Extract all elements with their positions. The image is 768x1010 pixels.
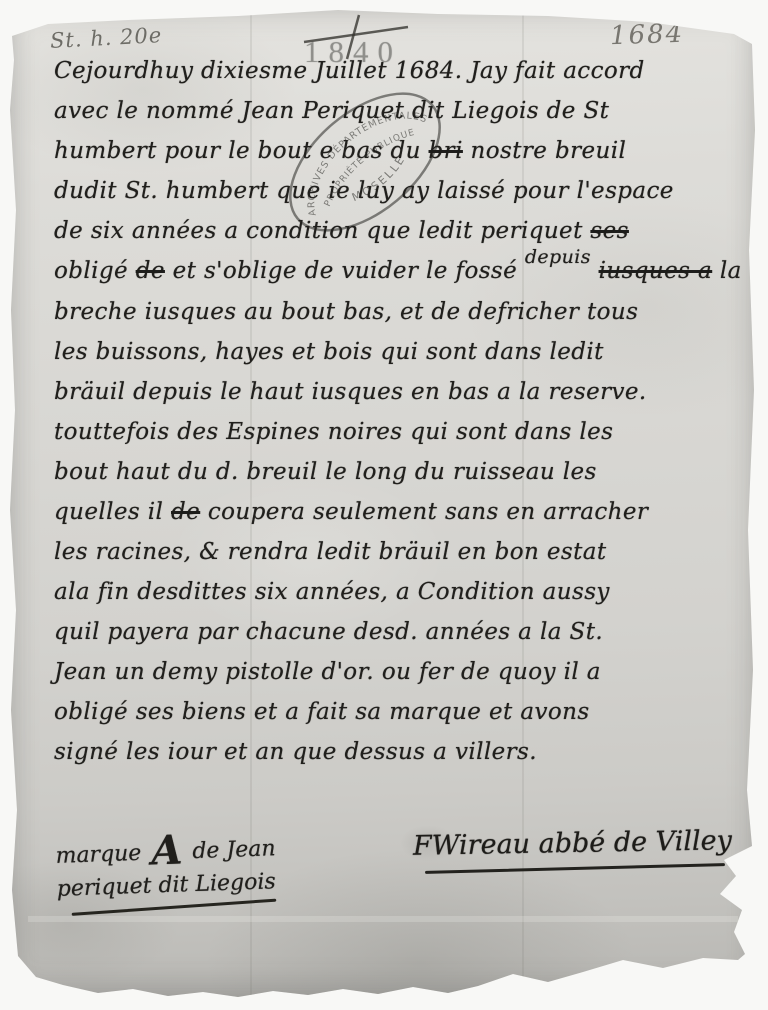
handwritten-text: obligé <box>54 258 136 284</box>
manuscript-page: St. h. 20e 1840 1684 ARCHIVES DÉPARTEMEN… <box>8 10 758 1002</box>
abbot-signature: FWireau abbé de Villey <box>413 825 732 862</box>
year-annotation: 1684 <box>609 19 684 52</box>
struck-word: ses <box>590 218 628 244</box>
manuscript-line: obligé ses biens et a fait sa marque et … <box>54 701 730 724</box>
handwritten-text <box>591 258 599 284</box>
manuscript-body: Cejourdhuy dixiesme Juillet 1684. Jay fa… <box>54 60 730 781</box>
handwritten-text: avec le nommé Jean Periquet dit Liegois … <box>54 98 609 124</box>
manuscript-line: bout haut du d. breuil le long du ruisse… <box>54 461 730 484</box>
periquet-mark-glyph: A <box>150 826 183 874</box>
handwritten-text: breche iusques au bout bas, et de defric… <box>54 299 638 325</box>
handwritten-text: signé les iour et an que dessus a viller… <box>54 739 537 765</box>
struck-word: iusques a <box>599 258 713 284</box>
handwritten-text: la <box>712 258 742 284</box>
manuscript-line: les buissons, hayes et bois qui sont dan… <box>54 341 730 364</box>
signature-block: marqueAde Jean periquet dit Liegois FWir… <box>56 822 732 909</box>
manuscript-line: dudit St. humbert que ie luy ay laissé p… <box>54 180 730 203</box>
manuscript-line: Cejourdhuy dixiesme Juillet 1684. Jay fa… <box>54 60 730 83</box>
manuscript-line: signé les iour et an que dessus a viller… <box>54 741 730 764</box>
handwritten-text: bräuil depuis le haut iusques en bas a l… <box>54 379 647 405</box>
handwritten-text: les buissons, hayes et bois qui sont dan… <box>54 339 604 365</box>
manuscript-line: breche iusques au bout bas, et de defric… <box>54 301 730 324</box>
struck-word: de <box>171 499 200 525</box>
handwritten-text: les racines, & rendra ledit bräuil en bo… <box>54 539 607 565</box>
periquet-mark-block: marqueAde Jean periquet dit Liegois <box>55 818 278 912</box>
marque-line2: periquet dit Liegois <box>56 869 277 902</box>
manuscript-line: les racines, & rendra ledit bräuil en bo… <box>54 541 730 564</box>
marque-underline-flourish <box>72 899 277 916</box>
manuscript-line: bräuil depuis le haut iusques en bas a l… <box>54 381 730 404</box>
handwritten-text: et s'oblige de vuider le fossé <box>165 258 525 284</box>
archivist-cote-annotation: St. h. 20e <box>49 23 162 53</box>
manuscript-line: humbert pour le bout e bas du bri nostre… <box>54 140 730 163</box>
handwritten-text: ala fin desdittes six années, a Conditio… <box>54 579 610 605</box>
manuscript-line: avec le nommé Jean Periquet dit Liegois … <box>54 100 730 123</box>
marque-line1: marqueAde Jean <box>55 818 277 873</box>
handwritten-text: dudit St. humbert que ie luy ay laissé p… <box>54 178 674 204</box>
struck-word: bri <box>429 138 463 164</box>
manuscript-line: de six années a condition que ledit peri… <box>54 220 730 243</box>
signature-underline-flourish <box>425 863 725 874</box>
handwritten-text: touttefois des Espines noires qui sont d… <box>54 419 613 445</box>
inserted-word: depuis <box>525 246 591 268</box>
manuscript-line: quil payera par chacune desd. années a l… <box>54 621 730 644</box>
handwritten-text: de six années a condition que ledit peri… <box>54 218 590 244</box>
struck-word: de <box>136 258 165 284</box>
handwritten-text: quil payera par chacune desd. années a l… <box>54 619 603 645</box>
horizontal-fold-crease <box>28 916 738 922</box>
handwritten-text: bout haut du d. breuil le long du ruisse… <box>54 459 597 485</box>
handwritten-text: coupera seulement sans en arracher <box>200 499 648 525</box>
handwritten-text: Cejourdhuy dixiesme Juillet 1684. Jay fa… <box>54 58 645 84</box>
marque-word: marque <box>55 841 142 869</box>
handwritten-text: nostre breuil <box>463 138 626 164</box>
manuscript-line: obligé de et s'oblige de vuider le fossé… <box>54 260 730 284</box>
handwritten-text: humbert pour le bout e bas du <box>54 138 429 164</box>
handwritten-text: obligé ses biens et a fait sa marque et … <box>54 699 590 725</box>
marque-de-jean: de Jean <box>192 836 276 864</box>
manuscript-line: touttefois des Espines noires qui sont d… <box>54 421 730 444</box>
handwritten-text: Jean un demy pistolle d'or. ou fer de qu… <box>54 659 601 685</box>
handwritten-text: quelles il <box>54 499 171 525</box>
manuscript-line: quelles il de coupera seulement sans en … <box>54 501 730 524</box>
manuscript-line: ala fin desdittes six années, a Conditio… <box>54 581 730 604</box>
abbot-signature-block: FWireau abbé de Villey <box>413 822 732 870</box>
manuscript-line: Jean un demy pistolle d'or. ou fer de qu… <box>54 661 730 684</box>
